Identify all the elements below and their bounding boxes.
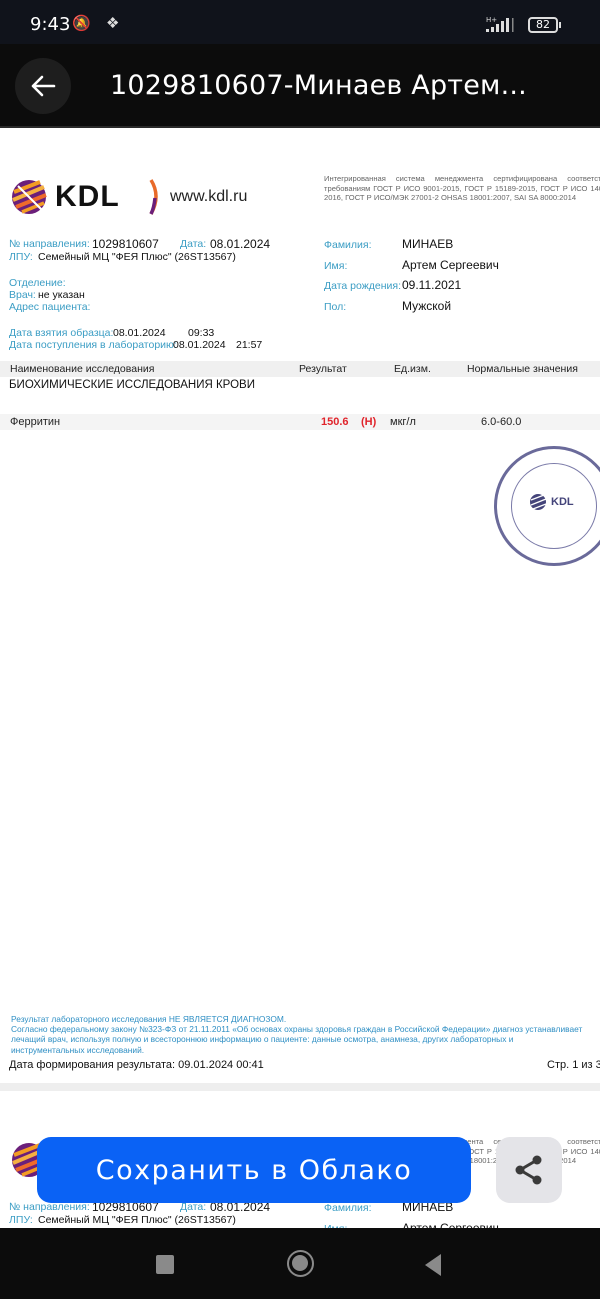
share-button[interactable] [496,1137,562,1203]
battery-indicator: 82 [528,17,558,33]
sample-time: 09:33 [188,327,214,339]
results-table-header: Наименование исследования Результат Ед.и… [0,361,600,377]
doctor-value: не указан [38,289,85,301]
kdl-wordmark: KDL [55,180,120,214]
address-label: Адрес пациента: [9,301,90,313]
disclaimer-line-1: Результат лабораторного исследования НЕ … [11,1014,586,1024]
test-flag: (H) [361,416,376,428]
surname-label: Фамилия: [324,239,372,251]
save-to-cloud-button[interactable]: Сохранить в Облако [37,1137,471,1203]
col-result: Результат [299,363,347,375]
stamp-brand: KDL [551,496,574,508]
test-norm: 6.0-60.0 [481,416,521,428]
system-nav-bar [0,1228,600,1299]
disclaimer: Результат лабораторного исследования НЕ … [11,1014,586,1055]
referral-date-label: Дата: [180,238,206,250]
test-unit: мкг/л [390,416,416,428]
disclaimer-line-2: Согласно федеральному закону №323-ФЗ от … [11,1024,586,1055]
referral-date: 08.01.2024 [210,237,270,251]
test-name: Ферритин [10,416,60,428]
col-norm: Нормальные значения [467,363,578,375]
col-unit: Ед.изм. [394,363,431,375]
stamp-globe-icon [529,493,547,511]
back-triangle-icon[interactable] [425,1254,441,1276]
dropbox-icon: ❖ [106,14,119,32]
name-label: Имя: [324,260,347,272]
surname-value: МИНАЕВ [402,237,453,251]
lpu-label: ЛПУ: [9,251,33,263]
dob-value: 09.11.2021 [402,278,461,292]
sex-label: Пол: [324,301,346,313]
col-test-name: Наименование исследования [10,363,154,375]
share-icon [512,1153,546,1187]
back-button[interactable] [15,58,71,114]
test-result: 150.6 [321,416,349,428]
lpu-label: ЛПУ: [9,1214,33,1226]
department-label: Отделение: [9,277,66,289]
document-title: 1029810607-Минаев Артем... [110,70,527,101]
signal-icon: H+ [484,16,518,34]
name-value: Артем Сергеевич [402,1221,499,1228]
lpu-value: Семейный МЦ "ФЕЯ Плюс" (26ST13567) [38,1214,236,1226]
table-row: Ферритин 150.6 (H) мкг/л 6.0-60.0 [0,414,600,430]
app-bar: 1029810607-Минаев Артем... [0,44,600,128]
certification-note: Интегрированная система менеджмента серт… [324,174,600,203]
svg-text:H+: H+ [486,16,497,24]
section-title: БИОХИМИЧЕСКИЕ ИССЛЕДОВАНИЯ КРОВИ [9,379,255,391]
sample-date-label: Дата взятия образца: [9,327,113,339]
kdl-url: www.kdl.ru [170,188,247,206]
status-time: 9:43 [30,14,70,35]
kdl-globe-icon [10,178,48,216]
lab-time: 21:57 [236,339,262,351]
lab-stamp: KDL [494,446,600,566]
name-value: Артем Сергеевич [402,258,499,272]
lpu-value: Семейный МЦ "ФЕЯ Плюс" (26ST13567) [38,251,236,263]
document-page-1: KDL www.kdl.ru Интегрированная система м… [0,128,600,1083]
mute-notifications-icon: 🔕 [72,14,91,32]
lab-date-label: Дата поступления в лабораторию: [9,339,177,351]
page-number: Стр. 1 из 3 [547,1059,600,1071]
generated-date: Дата формирования результата: 09.01.2024… [9,1059,264,1071]
lab-date: 08.01.2024 [173,339,226,351]
referral-number: 1029810607 [92,237,159,251]
page-separator [0,1083,600,1091]
status-bar: 9:43 🔕 ❖ H+ 82 [0,0,600,44]
doctor-label: Врач: [9,289,36,301]
referral-number-label: № направления: [9,238,90,250]
surname-label: Фамилия: [324,1202,372,1214]
pdf-viewer[interactable]: KDL www.kdl.ru Интегрированная система м… [0,128,600,1228]
recent-apps-icon[interactable] [156,1255,174,1274]
dob-label: Дата рождения: [324,280,401,292]
home-icon[interactable] [287,1250,314,1277]
sex-value: Мужской [402,299,451,313]
kdl-logo: KDL www.kdl.ru [10,178,280,218]
arrow-left-icon [30,75,56,97]
kdl-chevron-icon [148,178,162,216]
sample-date: 08.01.2024 [113,327,166,339]
